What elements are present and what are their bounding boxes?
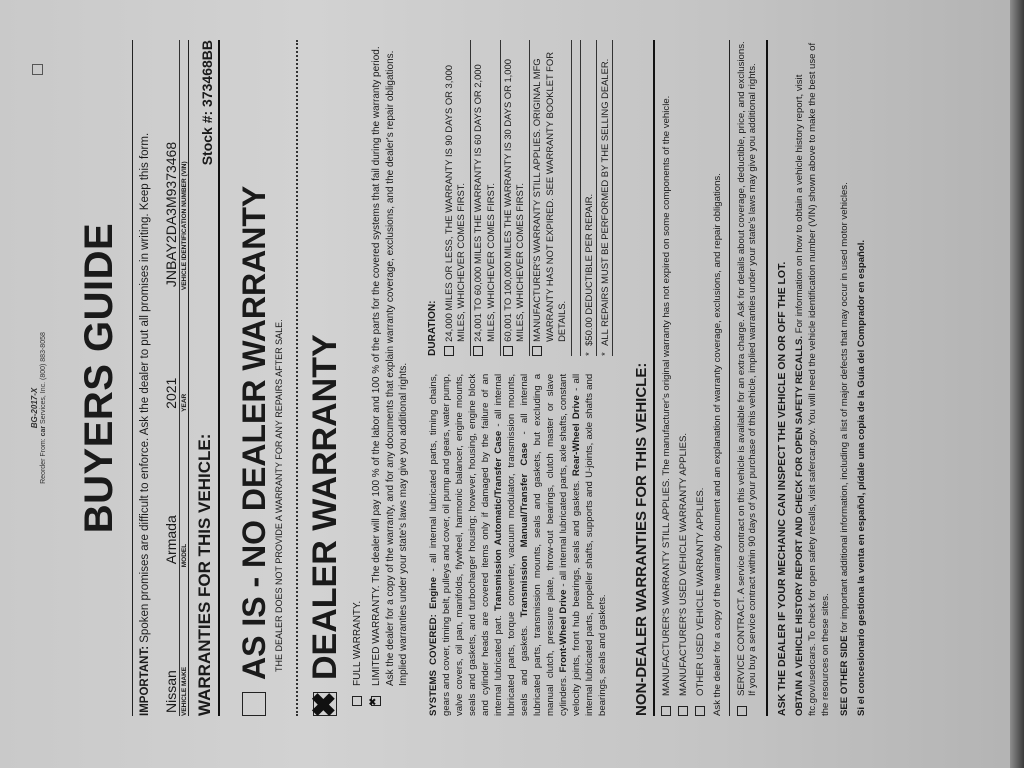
non-dealer-heading: NON-DEALER WARRANTIES FOR THIS VEHICLE: bbox=[633, 40, 655, 716]
duration-checkbox[interactable] bbox=[503, 346, 513, 356]
limited-warranty-option: LIMITED WARRANTY. The dealer will pay 10… bbox=[370, 40, 411, 706]
duration-option: MANUFACTURER'S WARRANTY STILL APPLIES. O… bbox=[530, 40, 572, 356]
history-report-notice: OBTAIN A VEHICLE HISTORY REPORT AND CHEC… bbox=[794, 40, 833, 716]
reorder-info: BG-2017-X Reorder From: car Services, In… bbox=[30, 40, 49, 768]
non-dealer-checkbox[interactable] bbox=[695, 706, 705, 716]
divider bbox=[296, 40, 298, 716]
vehicle-year: 2021 bbox=[163, 290, 179, 412]
duration-checkbox[interactable] bbox=[444, 346, 454, 356]
dealer-warranty-checkbox[interactable] bbox=[313, 692, 337, 716]
vehicle-vin: JNBAY2DA3M9373468 bbox=[163, 40, 179, 290]
buyers-guide-form: BG-2017-X Reorder From: car Services, In… bbox=[12, 0, 1012, 768]
stock-number: Stock #: 373468BB bbox=[199, 40, 215, 165]
duration-section: DURATION: 24,000 MILES OR LESS, THE WARR… bbox=[427, 40, 613, 356]
limited-warranty-checkbox[interactable] bbox=[371, 696, 381, 706]
as-is-subtitle: THE DEALER DOES NOT PROVIDE A WARRANTY F… bbox=[274, 40, 284, 672]
spanish-notice: Si el concesionario gestiona la venta en… bbox=[856, 40, 867, 716]
vehicle-make: Nissan bbox=[163, 567, 179, 716]
service-contract-section: SERVICE CONTRACT. A service contract on … bbox=[729, 40, 768, 716]
important-notice: IMPORTANT: Spoken promises are difficult… bbox=[132, 40, 151, 716]
duration-note: *ALL REPAIRS MUST BE PERFORMED BY THE SE… bbox=[597, 40, 613, 356]
duration-checkbox[interactable] bbox=[473, 346, 483, 356]
see-other-side: SEE OTHER SIDE for important additional … bbox=[839, 40, 850, 716]
as-is-checkbox[interactable] bbox=[242, 692, 266, 716]
non-dealer-option: MANUFACTURER'S USED VEHICLE WARRANTY APP… bbox=[678, 40, 689, 716]
full-warranty-option: FULL WARRANTY. bbox=[351, 40, 365, 706]
service-contract-checkbox[interactable] bbox=[737, 706, 747, 716]
non-dealer-checkbox[interactable] bbox=[661, 706, 671, 716]
non-dealer-checkbox[interactable] bbox=[678, 706, 688, 716]
dealer-warranty-section: DEALER WARRANTY bbox=[306, 40, 345, 716]
as-is-section: AS IS - NO DEALER WARRANTY bbox=[236, 40, 273, 716]
vehicle-info: NissanVEHICLE MAKE ArmadaMODEL 2021YEAR … bbox=[163, 40, 189, 716]
page-title: BUYERS GUIDE bbox=[77, 40, 122, 716]
vehicle-model: Armada bbox=[163, 412, 179, 567]
full-warranty-checkbox[interactable] bbox=[352, 696, 362, 706]
duration-option: 24,001 TO 60,000 MILES THE WARRANTY IS 6… bbox=[471, 40, 500, 356]
mechanic-notice: ASK THE DEALER IF YOUR MECHANIC CAN INSP… bbox=[776, 40, 788, 716]
systems-covered: SYSTEMS COVERED: Engine - all internal l… bbox=[427, 374, 613, 716]
duration-note: *$50.00 DEDUCTIBLE PER REPAIR. bbox=[581, 40, 597, 356]
background-edge bbox=[1010, 0, 1024, 768]
non-dealer-option: OTHER USED VEHICLE WARRANTY APPLIES. bbox=[695, 40, 706, 716]
ask-copy-text: Ask the dealer for a copy of the warrant… bbox=[712, 40, 723, 716]
corner-checkbox[interactable] bbox=[32, 64, 43, 75]
warranties-heading: WARRANTIES FOR THIS VEHICLE: bbox=[195, 434, 215, 716]
duration-option: 24,000 MILES OR LESS, THE WARRANTY IS 90… bbox=[442, 40, 471, 356]
non-dealer-option: MANUFACTURER'S WARRANTY STILL APPLIES. T… bbox=[661, 40, 672, 716]
duration-checkbox[interactable] bbox=[532, 346, 542, 356]
duration-option: 60,001 TO 100,000 MILES THE WARRANTY IS … bbox=[501, 40, 530, 356]
